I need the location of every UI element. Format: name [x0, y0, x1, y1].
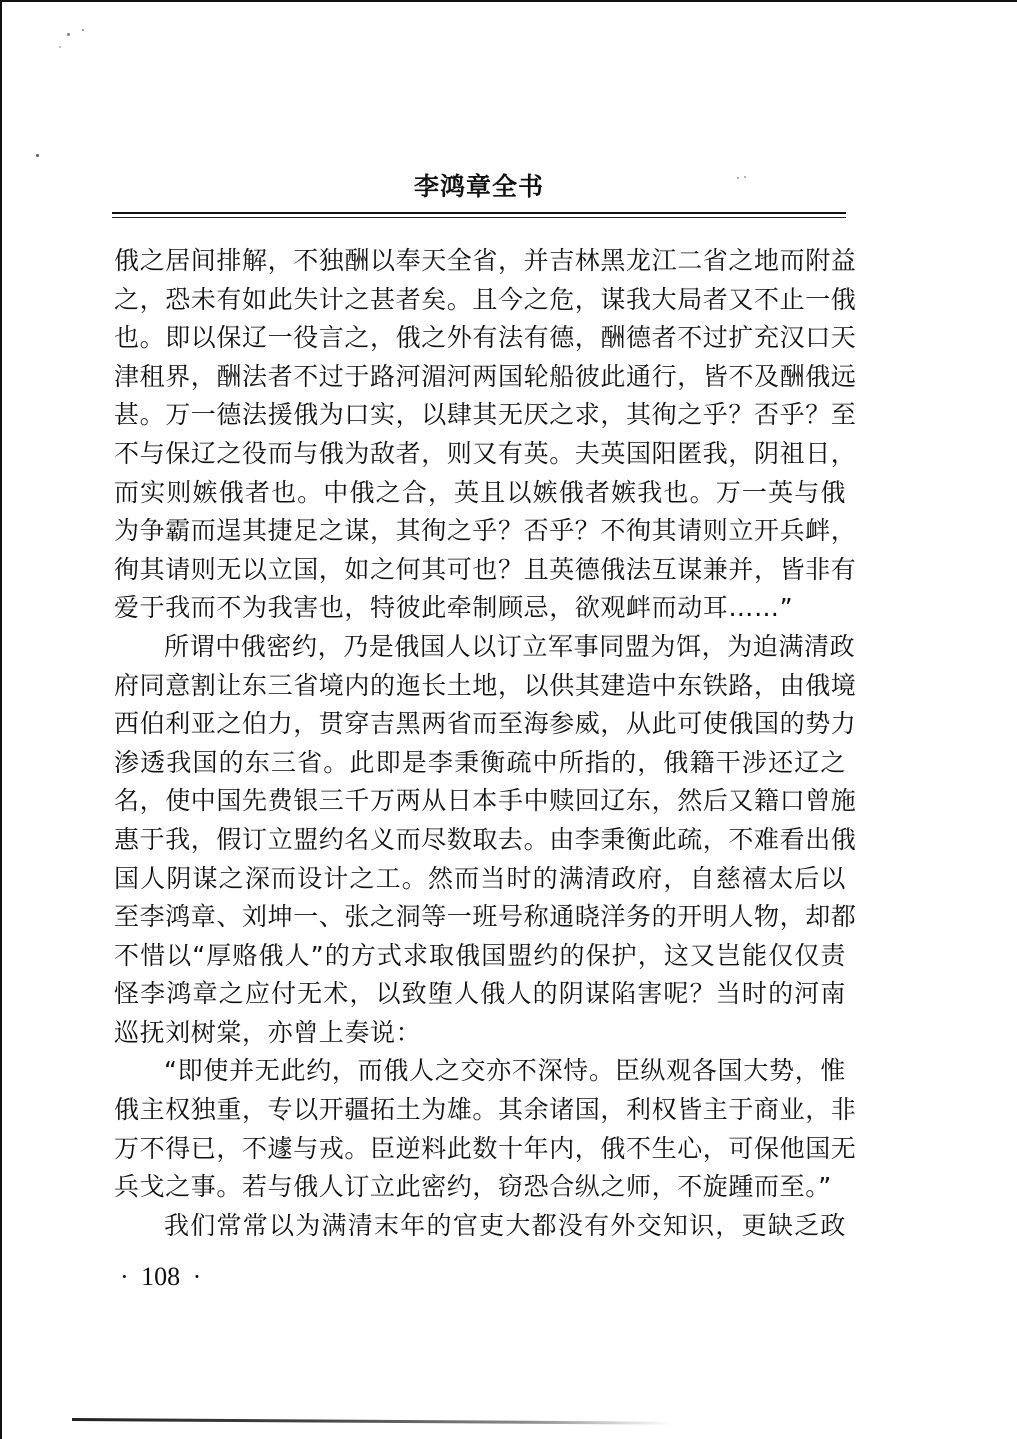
text-line: 惠于我，假订立盟约名义而尽数取去。由李秉衡此疏，不难看出俄 [114, 821, 846, 860]
text-line: 徇其请则无以立国，如之何其可也？且英德俄法互谋兼并，皆非有 [114, 551, 846, 590]
body-text: 俄之居间排解，不独酬以奉天全省，并吉林黑龙江二省之地而附益 之，恐未有如此失计之… [114, 242, 846, 1245]
page-number: · 108 · [120, 1262, 201, 1292]
text-line: 甚。万一德法援俄为口实，以肆其无厌之求，其徇之乎？否乎？至 [114, 396, 846, 435]
scan-speck [67, 33, 70, 36]
text-line: 西伯利亚之伯力，贯穿吉黑两省而至海参威，从此可使俄国的势力 [114, 705, 846, 744]
paragraph-secret-treaty: 所谓中俄密约，乃是俄国人以订立军事同盟为饵，为迫满清政 府同意割让东三省境内的迤… [114, 628, 846, 1053]
text-line: 府同意割让东三省境内的迤长土地，以供其建造中东铁路，由俄境 [114, 667, 846, 706]
text-line: 所谓中俄密约，乃是俄国人以订立军事同盟为饵，为迫满清政 [114, 628, 846, 667]
text-line: 不惜以“厚赂俄人”的方式求取俄国盟约的保护，这又岂能仅仅责 [114, 937, 846, 976]
text-line: 怪李鸿章之应付无术，以致堕人俄人的阴谋陷害呢？当时的河南 [114, 975, 846, 1014]
text-line: 俄主权独重，专以开疆拓土为雄。其余诸国，利权皆主于商业，非 [114, 1091, 846, 1130]
text-line: 渗透我国的东三省。此即是李秉衡疏中所指的，俄籍干涉还辽之 [114, 744, 846, 783]
paragraph-quote-continuation: 俄之居间排解，不独酬以奉天全省，并吉林黑龙江二省之地而附益 之，恐未有如此失计之… [114, 242, 846, 628]
paragraph-liu-shutang-quote: “即使并无此约，而俄人之交亦不深恃。臣纵观各国大势，惟 俄主权独重，专以开疆拓土… [114, 1052, 846, 1206]
text-line: 国人阴谋之深而设计之工。然而当时的满清政府，自慈禧太后以 [114, 860, 846, 899]
text-line: 万不得已，不遽与戎。臣逆料此数十年内，俄不生心，可保他国无 [114, 1130, 846, 1169]
scan-speck [59, 46, 61, 48]
text-line: 也。即以保辽一役言之，俄之外有法有德，酬德者不过扩充汉口天 [114, 319, 846, 358]
text-line: 兵戈之事。若与俄人订立此密约，窃恐合纵之师，不旋踵而至。” [114, 1168, 846, 1207]
text-line: “即使并无此约，而俄人之交亦不深恃。臣纵观各国大势，惟 [114, 1052, 846, 1091]
text-line: 俄之居间排解，不独酬以奉天全省，并吉林黑龙江二省之地而附益 [114, 242, 846, 281]
text-line: 津租界，酬法者不过于路河湄河两国轮船彼此通行，皆不及酬俄远 [114, 358, 846, 397]
text-line: 不与保辽之役而与俄为敌者，则又有英。夫英国阳匿我，阴祖日， [114, 435, 846, 474]
text-line: 至李鸿章、刘坤一、张之洞等一班号称通晓洋务的开明人物，却都 [114, 898, 846, 937]
text-line: 爱于我而不为我害也，特彼此牵制顾忌，欲观衅而动耳……” [114, 589, 846, 628]
header-double-rule [112, 212, 846, 218]
text-line: 我们常常以为满清末年的官吏大都没有外交知识，更缺乏政 [114, 1207, 846, 1246]
scan-speck [82, 29, 84, 31]
running-header-book-title: 李鸿章全书 [112, 170, 846, 204]
text-line: 而实则嫉俄者也。中俄之合，英且以嫉俄者嫉我也。万一英与俄 [114, 474, 846, 513]
text-line: 之，恐未有如此失计之甚者矣。且今之危，谋我大局者又不止一俄 [114, 281, 846, 320]
text-line: 名，使中国先费银三千万两从日本手中赎回辽东，然后又籍口曾施 [114, 782, 846, 821]
text-line: 为争霸而逞其捷足之谋，其徇之乎？否乎？不徇其请则立开兵衅， [114, 512, 846, 551]
scan-edge-line [72, 1418, 672, 1425]
page-border-top [0, 0, 1017, 2]
page-border-left [0, 0, 2, 1439]
text-line: 巡抚刘树棠，亦曾上奏说： [114, 1014, 846, 1053]
paragraph-officials-knowledge: 我们常常以为满清末年的官吏大都没有外交知识，更缺乏政 [114, 1207, 846, 1246]
scan-speck [36, 154, 39, 157]
